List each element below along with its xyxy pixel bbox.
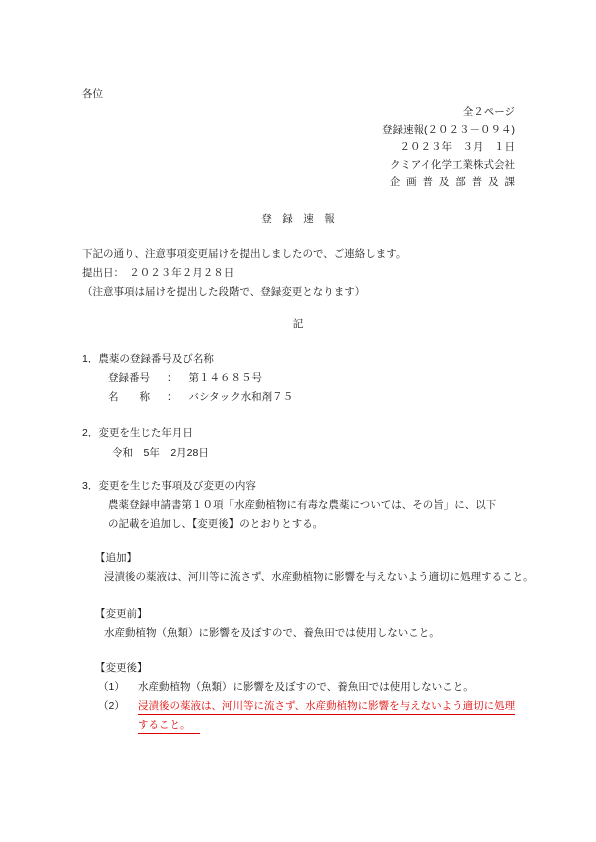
addition-text: 浸漬後の薬液は、河川等に流さず、水産動植物に影響を与えないよう適切に処理すること…	[104, 568, 534, 587]
header-date: ２０２３年 ３月 １日	[382, 139, 515, 157]
after-change-item-2: （2） 浸漬後の薬液は、河川等に流さず、水産動植物に影響を与えないよう適切に処理…	[98, 697, 515, 735]
header-bulletin-number: 登録速報(２０２３－０９４)	[382, 122, 515, 140]
registration-number-label: 登録番号	[108, 369, 150, 388]
before-change-block: 【変更前】 水産動植物（魚類）に影響を及ぼすので、養魚田では使用しないこと。	[95, 605, 440, 643]
section-3-body-line-2: の記載を追加し、【変更後】のとおりとする。	[108, 515, 496, 534]
before-change-label: 【変更前】	[95, 605, 440, 624]
section-1-heading: 1．農薬の登録番号及び名称	[82, 350, 293, 369]
change-date: 令和 5年 2月28日	[112, 444, 209, 464]
product-name-row: 名 称：バシタック水和剤７５	[108, 388, 293, 407]
header-right-block: 全２ページ 登録速報(２０２３－０９４) ２０２３年 ３月 １日 クミアイ化学工…	[382, 104, 515, 192]
product-name-colon: ：	[167, 391, 178, 403]
intro-line-1: 下記の通り、注意事項変更届けを提出しましたので、ご連絡します。	[82, 245, 406, 264]
section-3: 3．変更を生じた事項及び変更の内容 農薬登録申請書第１０項「水産動植物に有毒な農…	[82, 477, 496, 534]
section-2-heading: 2．変更を生じた年月日	[82, 424, 209, 444]
intro-block: 下記の通り、注意事項変更届けを提出しましたので、ご連絡します。 提出日： ２０２…	[82, 245, 406, 303]
product-name-label: 名 称	[108, 388, 150, 407]
recipient-line: 各位	[82, 85, 103, 104]
intro-line-3: （注意事項は届けを提出した段階で、登録変更となります）	[82, 283, 406, 302]
addition-block: 【追加】 浸漬後の薬液は、河川等に流さず、水産動植物に影響を与えないよう適切に処…	[95, 549, 534, 587]
section-1: 1．農薬の登録番号及び名称 登録番号：第１４６８５号 名 称：バシタック水和剤７…	[82, 350, 293, 407]
section-3-body-line-1: 農薬登録申請書第１０項「水産動植物に有毒な農薬については、その旨」に、以下	[108, 496, 496, 515]
after-change-item-2-line-1: 浸漬後の薬液は、河川等に流さず、水産動植物に影響を与えないよう適切に処理	[138, 698, 515, 715]
after-change-item-1-marker: （1）	[98, 678, 138, 697]
after-change-item-2-text: 浸漬後の薬液は、河川等に流さず、水産動植物に影響を与えないよう適切に処理 するこ…	[138, 697, 515, 735]
registration-number-colon: ：	[167, 372, 178, 384]
after-change-item-2-line-2: すること。	[138, 717, 200, 734]
product-name-value: バシタック水和剤７５	[189, 391, 294, 403]
after-change-item-1-text: 水産動植物（魚類）に影響を及ぼすので、養魚田では使用しないこと。	[138, 678, 474, 697]
record-mark: 記	[0, 315, 596, 334]
section-3-heading: 3．変更を生じた事項及び変更の内容	[82, 477, 496, 496]
document-page: 各位 全２ページ 登録速報(２０２３－０９４) ２０２３年 ３月 １日 クミアイ…	[0, 0, 596, 842]
after-change-label: 【変更後】	[95, 659, 515, 678]
intro-line-2: 提出日： ２０２３年２月２８日	[82, 264, 406, 283]
addition-label: 【追加】	[95, 549, 534, 568]
after-change-item-1: （1） 水産動植物（魚類）に影響を及ぼすので、養魚田では使用しないこと。	[98, 678, 515, 697]
header-department: 企画普及部普及課	[382, 174, 515, 192]
header-page-count: 全２ページ	[382, 104, 515, 122]
after-change-item-2-marker: （2）	[98, 697, 138, 735]
registration-number-value: 第１４６８５号	[189, 372, 263, 384]
registration-number-row: 登録番号：第１４６８５号	[108, 369, 293, 388]
header-company: クミアイ化学工業株式会社	[382, 157, 515, 175]
before-change-text: 水産動植物（魚類）に影響を及ぼすので、養魚田では使用しないこと。	[104, 624, 440, 643]
section-2: 2．変更を生じた年月日 令和 5年 2月28日	[82, 424, 209, 463]
after-change-block: 【変更後】 （1） 水産動植物（魚類）に影響を及ぼすので、養魚田では使用しないこ…	[95, 659, 515, 735]
document-title: 登 録 速 報	[0, 210, 596, 229]
